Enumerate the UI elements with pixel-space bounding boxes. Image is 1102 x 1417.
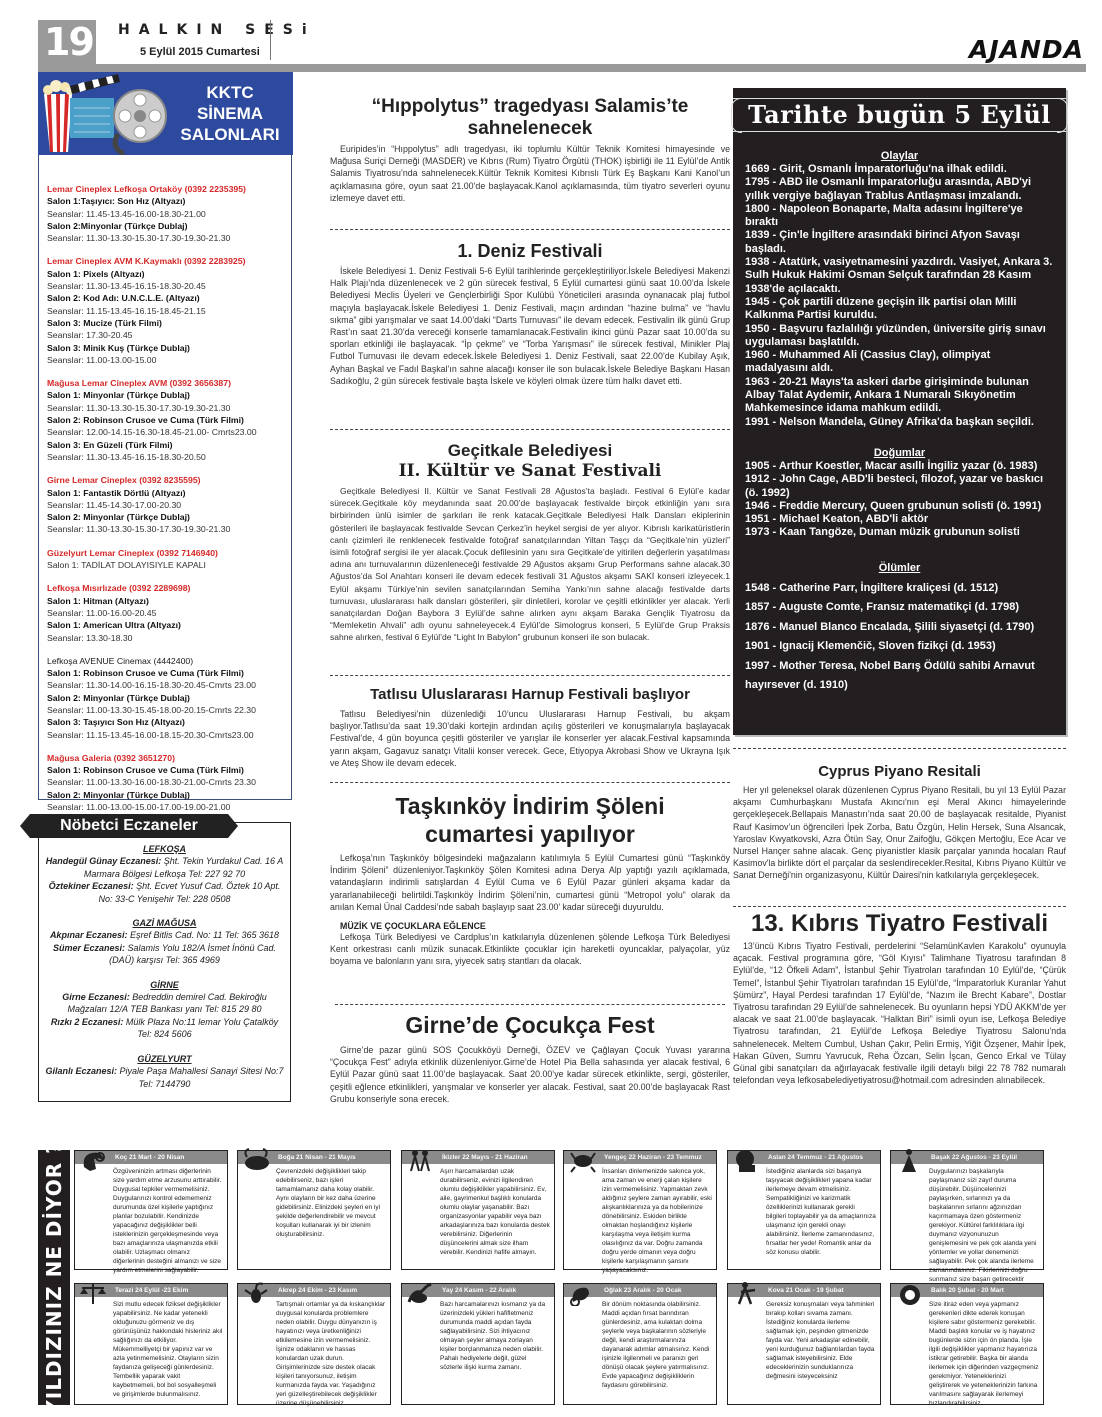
cinema-showtimes: Seanslar: 11.30-13.45-16.15-18.30-20.45 (47, 280, 291, 292)
article-body: 13’üncü Kıbrıs Tiyatro Festivali, perdel… (733, 940, 1066, 1086)
history-deaths-list: 1548 - Catherine Parr, İngiltere kraliçe… (745, 579, 1054, 696)
article-title: Tatlısu Uluslararası Harnup Festivali ba… (330, 686, 730, 704)
pharmacy-address: Eşref Bitlis Cad. No: 11 Tel: 365 3618 (127, 930, 279, 940)
horoscope-card: Yengeç 22 Haziran - 23 Temmuzİnsanları d… (563, 1150, 717, 1270)
history-events-list: 1669 - Girit, Osmanlı İmparatorluğu'na i… (745, 163, 1054, 429)
history-event-item: 1963 - 20-21 Mayıs'ta askeri darbe giriş… (745, 376, 1054, 416)
pharmacy-region-name: GAZİ MAĞUSA (45, 917, 284, 929)
horoscope-text-content: Bazı harcamalarınızı kısmanız ya da üzer… (406, 1300, 550, 1372)
cinema-salon-title: Salon 1: American Ultra (Altyazı) (47, 619, 291, 631)
article-subhead: MÜZİK VE ÇOCUKLARA EĞLENCE (330, 921, 730, 931)
horoscope-text: Size itiraz eden veya yapmanız gerekenle… (891, 1297, 1043, 1408)
cinema-theater: Lefkoşa AVENUE Cinemax (4442400)Salon 1:… (47, 655, 291, 741)
history-death-item: 1901 - Ignacij Klemenčič, Sloven fizikçi… (745, 637, 1054, 657)
history-event-item: 1669 - Girit, Osmanlı İmparatorluğu'na i… (745, 163, 1054, 176)
history-event-item: 1950 - Başvuru fazlalılığı yüzünden, üni… (745, 323, 1054, 350)
pharmacy-entry: Öztekiner Eczanesi: Şht. Ecvet Yusuf Cad… (45, 880, 284, 905)
horoscope-text-content: İnsanları dinlemenizde sakınca yok, ama … (568, 1167, 712, 1275)
pharmacy-title: Nöbetci Eczaneler (20, 814, 238, 838)
cinema-salon-title: Salon 2: Robinson Crusoe ve Cuma (Türk F… (47, 414, 291, 426)
cinema-theater: Lemar Cineplex Lefkoşa Ortaköy (0392 223… (47, 183, 291, 244)
history-birth-item: 1951 - Michael Keaton, ABD'li aktör (745, 513, 1054, 526)
history-deaths-label: Ölümler (745, 562, 1054, 575)
article-girne-cocukca-fest: Girne’de Çocukça Fest Girne’de pazar gün… (330, 1010, 730, 1105)
archer-icon (405, 1280, 435, 1306)
cinema-theater-name: Mağusa Lemar Cineplex AVM (0392 3656387) (47, 377, 291, 389)
horoscope-text-content: Gereksiz konuşmaları veya tahminleri bır… (732, 1300, 876, 1381)
scorpion-icon (241, 1280, 271, 1306)
cinema-showtimes: Seanslar: 11.45-13.45-16.00-18.30-21.00 (47, 208, 291, 220)
history-title: Tarihte bugün 5 Eylül (733, 98, 1066, 132)
history-births-label: Doğumlar (745, 447, 1054, 460)
cinema-salon-title: Salon 1:Taşıyıcı: Son Hız (Altyazı) (47, 195, 291, 207)
cinema-showtimes: Seanslar: 11.00-13.00-15.00 (47, 354, 291, 366)
article-gecitkale: Geçitkale Belediyesi II. Kültür ve Sanat… (330, 441, 730, 644)
pharmacy-name: Handegül Günay Eczanesi: (46, 856, 162, 866)
horoscope-card: Kova 21 Ocak - 19 ŞubatGereksiz konuşmal… (727, 1283, 881, 1405)
dashed-divider (330, 429, 730, 430)
cinema-banner: KKTC SİNEMA SALONLARI (38, 72, 293, 155)
cinema-theater-name: Lemar Cineplex Lefkoşa Ortaköy (0392 223… (47, 183, 291, 195)
article-title: Cyprus Piyano Resitali (733, 762, 1066, 782)
fish-icon (894, 1280, 924, 1306)
banner-line: KKTC (175, 82, 285, 103)
article-title: “Hıppolytus” tragedyası Salamis’te sahne… (330, 96, 730, 140)
cinema-showtimes: Seanslar: 17.30-20.45 (47, 329, 291, 341)
header-bar (38, 64, 1086, 72)
horoscope-card: Yay 24 Kasım - 22 AralıkBazı harcamaları… (401, 1283, 555, 1405)
cinema-salon-title: Salon 1: Fantastik Dörtlü (Altyazı) (47, 487, 291, 499)
horoscope-text-content: İstediğiniz alanlarda sizi başarıya taşı… (732, 1167, 876, 1257)
history-birth-item: 1905 - Arthur Koestler, Macar asıllı İng… (745, 460, 1054, 473)
article-title-line2: II. Kültür ve Sanat Festivali (330, 461, 730, 481)
cinema-salon-title: Salon 2:Minyonlar (Türkçe Dublaj) (47, 220, 291, 232)
cinema-banner-title: KKTC SİNEMA SALONLARI (175, 82, 285, 145)
cinema-theater-name: Lefkoşa Mısırlızade (0392 2289698) (47, 582, 291, 594)
cinema-showtimes: Seanslar: 11.30-14.00-16.15-18.30-20.45-… (47, 679, 291, 691)
article-body: Euripides’in “Hıppolytus” adlı tragedyas… (330, 143, 730, 204)
horoscope-text: Tartışmalı ortamlar ya da kıskançlıklar … (238, 1297, 390, 1408)
horoscope-text: Çevrenizdeki değişiklikleri takip edebil… (238, 1164, 390, 1239)
page-number: 19 (38, 20, 96, 64)
dashed-divider (330, 229, 730, 230)
horoscope-card: Koç 21 Mart - 20 NisanÖzgüveninizin artm… (74, 1150, 228, 1270)
cinema-showtimes: Seanslar: 11.30-13.30-15.30-17.30-19.30-… (47, 402, 291, 414)
article-tatlisu: Tatlısu Uluslararası Harnup Festivali ba… (330, 686, 730, 769)
article-title-line2: cumartesi yapılıyor (330, 820, 730, 848)
horoscope-card: Başak 22 Ağustos - 23 EylülDuygularınızı… (890, 1150, 1044, 1270)
history-death-item: 1997 - Mother Teresa, Nobel Barış Ödülü … (745, 657, 1054, 696)
pharmacy-entry: Rızkı 2 Eczanesi: Mülk Plaza No:11 lemar… (45, 1016, 284, 1041)
virgo-icon (894, 1147, 924, 1173)
horoscope-text-content: Aşırı harcamalardan uzak durabilirseniz,… (406, 1167, 550, 1257)
cinema-salon-title: Salon 3: En Güzeli (Türk Filmi) (47, 439, 291, 451)
pharmacy-name: Sümer Eczanesi: (53, 943, 125, 953)
horoscope-text: Bazı harcamalarınızı kısmanız ya da üzer… (402, 1297, 554, 1372)
article-title: Girne’de Çocukça Fest (330, 1010, 730, 1040)
dashed-divider (335, 1004, 725, 1005)
cinema-salon-title: Salon 2: Minyonlar (Türkçe Dublaj) (47, 789, 291, 801)
horoscope-card: Terazi 24 Eylül -23 EkimSizi mutlu edece… (74, 1283, 228, 1405)
history-event-item: 1800 - Napoleon Bonaparte, Malta adasını… (745, 203, 1054, 230)
cinema-showtimes: Seanslar: 11.00-16.00-20.45 (47, 607, 291, 619)
history-event-item: 1991 - Nelson Mandela, Güney Afrika'da b… (745, 416, 1054, 429)
horoscope-card: Aslan 24 Temmuz - 21 Ağustosİstediğiniz … (727, 1150, 881, 1270)
article-hippolytus: “Hıppolytus” tragedyası Salamis’te sahne… (330, 96, 730, 204)
cinema-showtimes: Seanslar: 11.00-13.30-16.00-18.30-21.00-… (47, 776, 291, 788)
horoscope-text: İstediğiniz alanlarda sizi başarıya taşı… (728, 1164, 880, 1257)
header-divider (270, 20, 271, 60)
history-event-item: 1938 - Atatürk, vasiyetnamesini yazdırdı… (745, 256, 1054, 296)
cinema-salon-title: Salon 2: Minyonlar (Türkçe Dublaj) (47, 692, 291, 704)
horoscope-text: Aşırı harcamalardan uzak durabilirseniz,… (402, 1164, 554, 1257)
pharmacy-entry: Girne Eczanesi: Bedreddin demirel Cad. B… (45, 991, 284, 1016)
article-title: 1. Deniz Festivali (330, 240, 730, 262)
cinema-salon-title: Salon 2: Minyonlar (Türkçe Dublaj) (47, 511, 291, 523)
water-bearer-icon (731, 1280, 761, 1306)
horoscope-text-content: Sizi mutlu edecek fiziksel değişiklikler… (79, 1300, 223, 1399)
article-title-line1: Taşkınköy İndirim Şöleni (330, 792, 730, 820)
crab-icon (567, 1147, 597, 1173)
cinema-showtimes: Seanslar: 11.45-14.30-17.00-20.30 (47, 499, 291, 511)
lion-icon (731, 1147, 761, 1173)
horoscope-card: Oğlak 23 Aralık - 20 OcakBir dönüm nokta… (563, 1283, 717, 1405)
history-box: Tarihte bugün 5 Eylül Olaylar 1669 - Gir… (733, 88, 1066, 735)
history-birth-item: 1946 - Freddie Mercury, Queen grubunun s… (745, 500, 1054, 513)
cinema-theater-name: Lefkoşa AVENUE Cinemax (4442400) (47, 655, 291, 667)
cinema-theater: Mağusa Galeria (0392 3651270)Salon 1: Ro… (47, 752, 291, 813)
pharmacy-name: Öztekiner Eczanesi: (49, 881, 134, 891)
article-body: Girne’de pazar günü SOS Çocukköyü Derneğ… (330, 1044, 730, 1105)
newspaper-name: HALKIN SESi (118, 22, 316, 38)
history-event-item: 1795 - ABD ile Osmanlı İmparatorluğu ara… (745, 176, 1054, 203)
pharmacy-entry: Akpınar Eczanesi: Eşref Bitlis Cad. No: … (45, 929, 284, 941)
history-event-item: 1960 - Muhammed Ali (Cassius Clay), olim… (745, 349, 1054, 376)
pharmacy-region-name: LEFKOŞA (45, 843, 284, 855)
popcorn-clapperboard-film-reel-icon (40, 72, 180, 155)
history-death-item: 1876 - Manuel Blanco Encalada, Şilili si… (745, 618, 1054, 638)
horoscope-text: Sizi mutlu edecek fiziksel değişiklikler… (75, 1297, 227, 1399)
horoscope-text: İnsanları dinlemenizde sakınca yok, ama … (564, 1164, 716, 1275)
dashed-divider (733, 906, 1066, 907)
article-piyano-resitali: Cyprus Piyano Resitali Her yıl gelenekse… (733, 762, 1066, 882)
history-births-list: 1905 - Arthur Koestler, Macar asıllı İng… (745, 460, 1054, 540)
article-body: İskele Belediyesi 1. Deniz Festivali 5-6… (330, 265, 730, 387)
dashed-divider (330, 675, 730, 676)
cinema-theater: Mağusa Lemar Cineplex AVM (0392 3656387)… (47, 377, 291, 463)
cinema-theater: Lemar Cineplex AVM K.Kaymaklı (0392 2283… (47, 255, 291, 366)
goat-icon (567, 1280, 597, 1306)
history-event-item: 1945 - Çok partili düzene geçişin ilk pa… (745, 296, 1054, 323)
pharmacy-entry: Handegül Günay Eczanesi: Şht. Tekin Yurd… (45, 855, 284, 880)
article-body: Lefkoşa’nın Taşkınköy bölgesindeki mağaz… (330, 852, 730, 913)
horoscope-card: İkizler 22 Mayıs - 21 HaziranAşırı harca… (401, 1150, 555, 1270)
pharmacy-name: Akpınar Eczanesi: (50, 930, 128, 940)
bull-icon (241, 1147, 271, 1173)
cinema-showtimes: Seanslar: 11.30-13.30-15.30-17.30-19.30-… (47, 232, 291, 244)
banner-line: SİNEMA (175, 103, 285, 124)
pharmacy-name: Girne Eczanesi: (62, 992, 130, 1002)
article-body: Her yıl geleneksel olarak düzenlenen Cyp… (733, 784, 1066, 882)
horoscope-side-banner: YILDIZINIZ NE DİYOR ? (38, 1150, 70, 1405)
ram-icon (78, 1147, 108, 1173)
article-deniz-festivali: 1. Deniz Festivali İskele Belediyesi 1. … (330, 240, 730, 387)
pharmacy-address: Piyale Paşa Mahallesi Sanayi Sitesi No:7… (117, 1066, 284, 1088)
horoscope-card: Balık 20 Şubat - 20 MartSize itiraz eden… (890, 1283, 1044, 1405)
pharmacy-address: Salamis Yolu 182/A İsmet İnönü Cad. (DAÜ… (109, 943, 276, 965)
horoscope-text-content: Çevrenizdeki değişiklikleri takip edebil… (242, 1167, 386, 1239)
history-birth-item: 1973 - Kaan Tangöze, Duman müzik grubunu… (745, 526, 1054, 539)
horoscope-card: Boğa 21 Nisan - 21 MayısÇevrenizdeki değ… (237, 1150, 391, 1270)
horoscope-card: Akrep 24 Ekim - 23 KasımTartışmalı ortam… (237, 1283, 391, 1405)
banner-line: SALONLARI (175, 124, 285, 145)
cinema-showtimes: Salon 1: TADİLAT DOLAYISIYLE KAPALI (47, 559, 291, 571)
issue-date: 5 Eylül 2015 Cumartesi (140, 46, 260, 58)
dashed-divider (733, 748, 1066, 749)
cinema-showtimes: Seanslar: 11.15-13.45-16.00-18.15-20.30-… (47, 729, 291, 741)
horoscope-text-content: Duygularınızı başkalarıyla paylaşmanız s… (895, 1167, 1039, 1284)
cinema-theater-name: Güzelyurt Lemar Cineplex (0392 7146940) (47, 547, 291, 559)
history-event-item: 1839 - Çin'le İngiltere arasındaki birin… (745, 229, 1054, 256)
article-body: Tatlısu Belediyesi'nin düzenlediği 10’un… (330, 708, 730, 769)
twins-icon (405, 1147, 435, 1173)
horoscope-text: Duygularınızı başkalarıyla paylaşmanız s… (891, 1164, 1043, 1284)
history-death-item: 1548 - Catherine Parr, İngiltere kraliçe… (745, 579, 1054, 599)
cinema-salon-title: Salon 3: Mucize (Türk Filmi) (47, 317, 291, 329)
cinema-salon-title: Salon 2: Kod Adı: U.N.C.L.E. (Altyazı) (47, 292, 291, 304)
pharmacy-listings: LEFKOŞAHandegül Günay Eczanesi: Şht. Tek… (38, 822, 291, 1102)
pharmacy-region-name: GÜZELYURT (45, 1053, 284, 1065)
horoscope-side-title: YILDIZINIZ NE DİYOR ? (42, 1141, 66, 1414)
pharmacy-name: Rızkı 2 Eczanesi: (51, 1017, 124, 1027)
cinema-theater: Girne Lemar Cineplex (0392 8235595)Salon… (47, 474, 291, 535)
cinema-showtimes: Seanslar: 11.00-13.30-15.45-18.00-20.15-… (47, 704, 291, 716)
cinema-salon-title: Salon 1: Minyonlar (Türkçe Dublaj) (47, 389, 291, 401)
cinema-showtimes: Seanslar: 11.15-13.45-16.15-18.45-21.15 (47, 305, 291, 317)
horoscope-text: Bir dönüm noktasında olabilirsiniz. Madd… (564, 1297, 716, 1390)
cinema-salon-title: Salon 3: Minik Kuş (Türkçe Dublaj) (47, 342, 291, 354)
cinema-salon-title: Salon 1: Pixels (Altyazı) (47, 268, 291, 280)
section-title: AJANDA (969, 35, 1084, 64)
pharmacy-region-name: GİRNE (45, 979, 284, 991)
article-title-line1: Geçitkale Belediyesi (330, 441, 730, 461)
cinema-listings: Lemar Cineplex Lefkoşa Ortaköy (0392 223… (38, 155, 292, 800)
horoscope-grid: Koç 21 Mart - 20 NisanÖzgüveninizin artm… (74, 1150, 1090, 1406)
pharmacy-entry: Gilanlı Eczanesi: Piyale Paşa Mahallesi … (45, 1065, 284, 1090)
pharmacy-entry: Sümer Eczanesi: Salamis Yolu 182/A İsmet… (45, 942, 284, 967)
horoscope-text-content: Tartışmalı ortamlar ya da kıskançlıklar … (242, 1300, 386, 1408)
cinema-showtimes: Seanslar: 12.00-14.15-16.30-18.45-21.00-… (47, 426, 291, 438)
horoscope-text-content: Size itiraz eden veya yapmanız gerekenle… (895, 1300, 1039, 1408)
dashed-divider (330, 782, 730, 783)
horoscope-text: Özgüveninizin artması diğerlerinin size … (75, 1164, 227, 1275)
article-tiyatro-festivali: 13. Kıbrıs Tiyatro Festivali 13’üncü Kıb… (733, 910, 1066, 1086)
cinema-theater-name: Lemar Cineplex AVM K.Kaymaklı (0392 2283… (47, 255, 291, 267)
history-events-label: Olaylar (745, 150, 1054, 163)
article-body-2: Lefkoşa Türk Belediyesi ve Cardplus’ın k… (330, 931, 730, 968)
article-title: 13. Kıbrıs Tiyatro Festivali (733, 910, 1066, 938)
cinema-showtimes: Seanslar: 11.00-13.00-15.00-17.00-19.00-… (47, 801, 291, 813)
cinema-salon-title: Salon 3: Taşıyıcı Son Hız (Altyazı) (47, 716, 291, 728)
history-birth-item: 1912 - John Cage, ABD'li besteci, filozo… (745, 473, 1054, 500)
cinema-showtimes: Seanslar: 11.30-13.45-16.15-18.30-20.50 (47, 451, 291, 463)
cinema-salon-title: Salon 1: Robinson Crusoe ve Cuma (Türk F… (47, 667, 291, 679)
cinema-theater: Lefkoşa Mısırlızade (0392 2289698)Salon … (47, 582, 291, 643)
horoscope-text: Gereksiz konuşmaları veya tahminleri bır… (728, 1297, 880, 1381)
scales-icon (78, 1280, 108, 1306)
pharmacy-name: Gilanlı Eczanesi: (45, 1066, 117, 1076)
cinema-theater-name: Girne Lemar Cineplex (0392 8235595) (47, 474, 291, 486)
cinema-theater: Güzelyurt Lemar Cineplex (0392 7146940)S… (47, 547, 291, 572)
history-death-item: 1857 - Auguste Comte, Fransız matematikç… (745, 598, 1054, 618)
cinema-salon-title: Salon 1: Hitman (Altyazı) (47, 595, 291, 607)
cinema-showtimes: Seanslar: 13.30-18.30 (47, 632, 291, 644)
horoscope-text-content: Bir dönüm noktasında olabilirsiniz. Madd… (568, 1300, 712, 1390)
cinema-theater-name: Mağusa Galeria (0392 3651270) (47, 752, 291, 764)
article-body: Geçitkale Belediyesi II. Kültür ve Sanat… (330, 485, 730, 644)
cinema-salon-title: Salon 1: Robinson Crusoe ve Cuma (Türk F… (47, 764, 291, 776)
horoscope-text-content: Özgüveninizin artması diğerlerinin size … (79, 1167, 223, 1275)
article-taskinkoy: Taşkınköy İndirim Şöleni cumartesi yapıl… (330, 792, 730, 968)
pharmacy-address: Mülk Plaza No:11 lemar Yolu Çatalköy Tel… (123, 1017, 278, 1039)
cinema-showtimes: Seanslar: 11.30-13.30-15.30-17.30-19.30-… (47, 523, 291, 535)
